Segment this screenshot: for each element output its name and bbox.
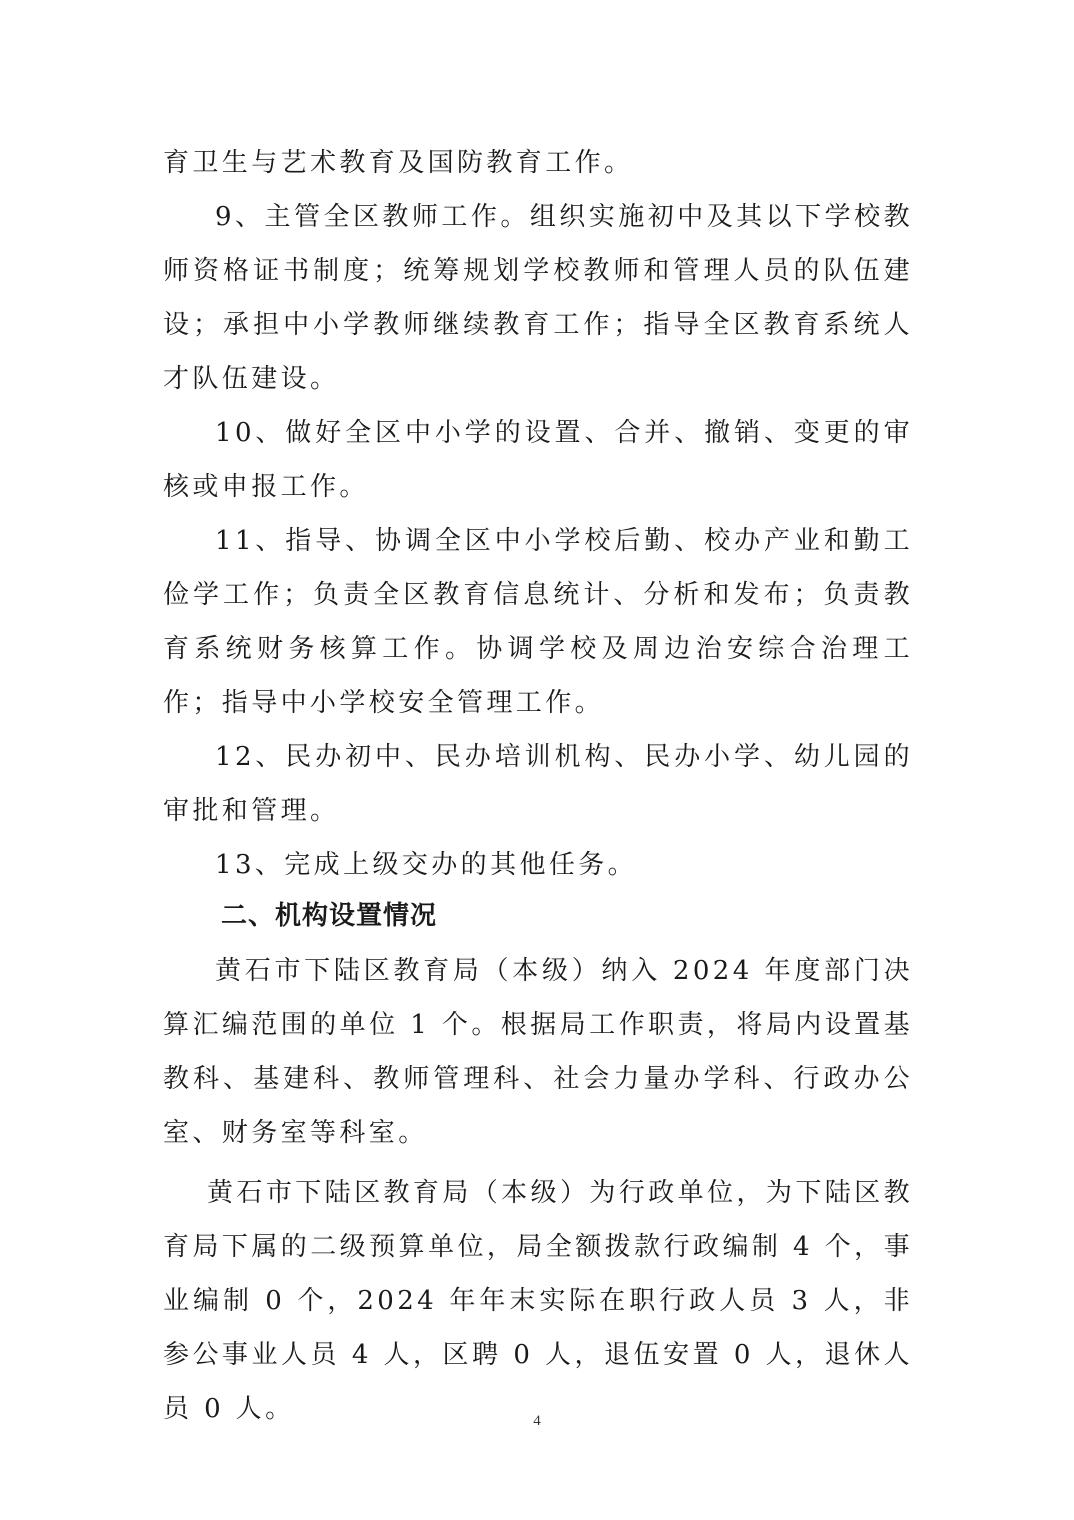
document-page: 育卫生与艺术教育及国防教育工作。 9、主管全区教师工作。组织实施初中及其以下学校… [163,136,913,1436]
paragraph-org-staffing: 黄石市下陆区教育局（本级）为行政单位，为下陆区教育局下属的二级预算单位，局全额拨… [163,1166,913,1436]
paragraph-continuation: 育卫生与艺术教育及国防教育工作。 [163,136,913,190]
list-item-11: 11、指导、协调全区中小学校后勤、校办产业和勤工俭学工作；负责全区教育信息统计、… [163,514,913,730]
list-item-12: 12、民办初中、民办培训机构、民办小学、幼儿园的审批和管理。 [163,730,913,838]
paragraph-org-scope: 黄石市下陆区教育局（本级）纳入 2024 年度部门决算汇编范围的单位 1 个。根… [163,944,913,1160]
list-item-9: 9、主管全区教师工作。组织实施初中及其以下学校教师资格证书制度；统筹规划学校教师… [163,190,913,406]
section-heading: 二、机构设置情况 [163,892,913,940]
list-item-13: 13、完成上级交办的其他任务。 [163,838,913,892]
list-item-10: 10、做好全区中小学的设置、合并、撤销、变更的审核或申报工作。 [163,406,913,514]
page-number: 4 [0,1413,1074,1430]
